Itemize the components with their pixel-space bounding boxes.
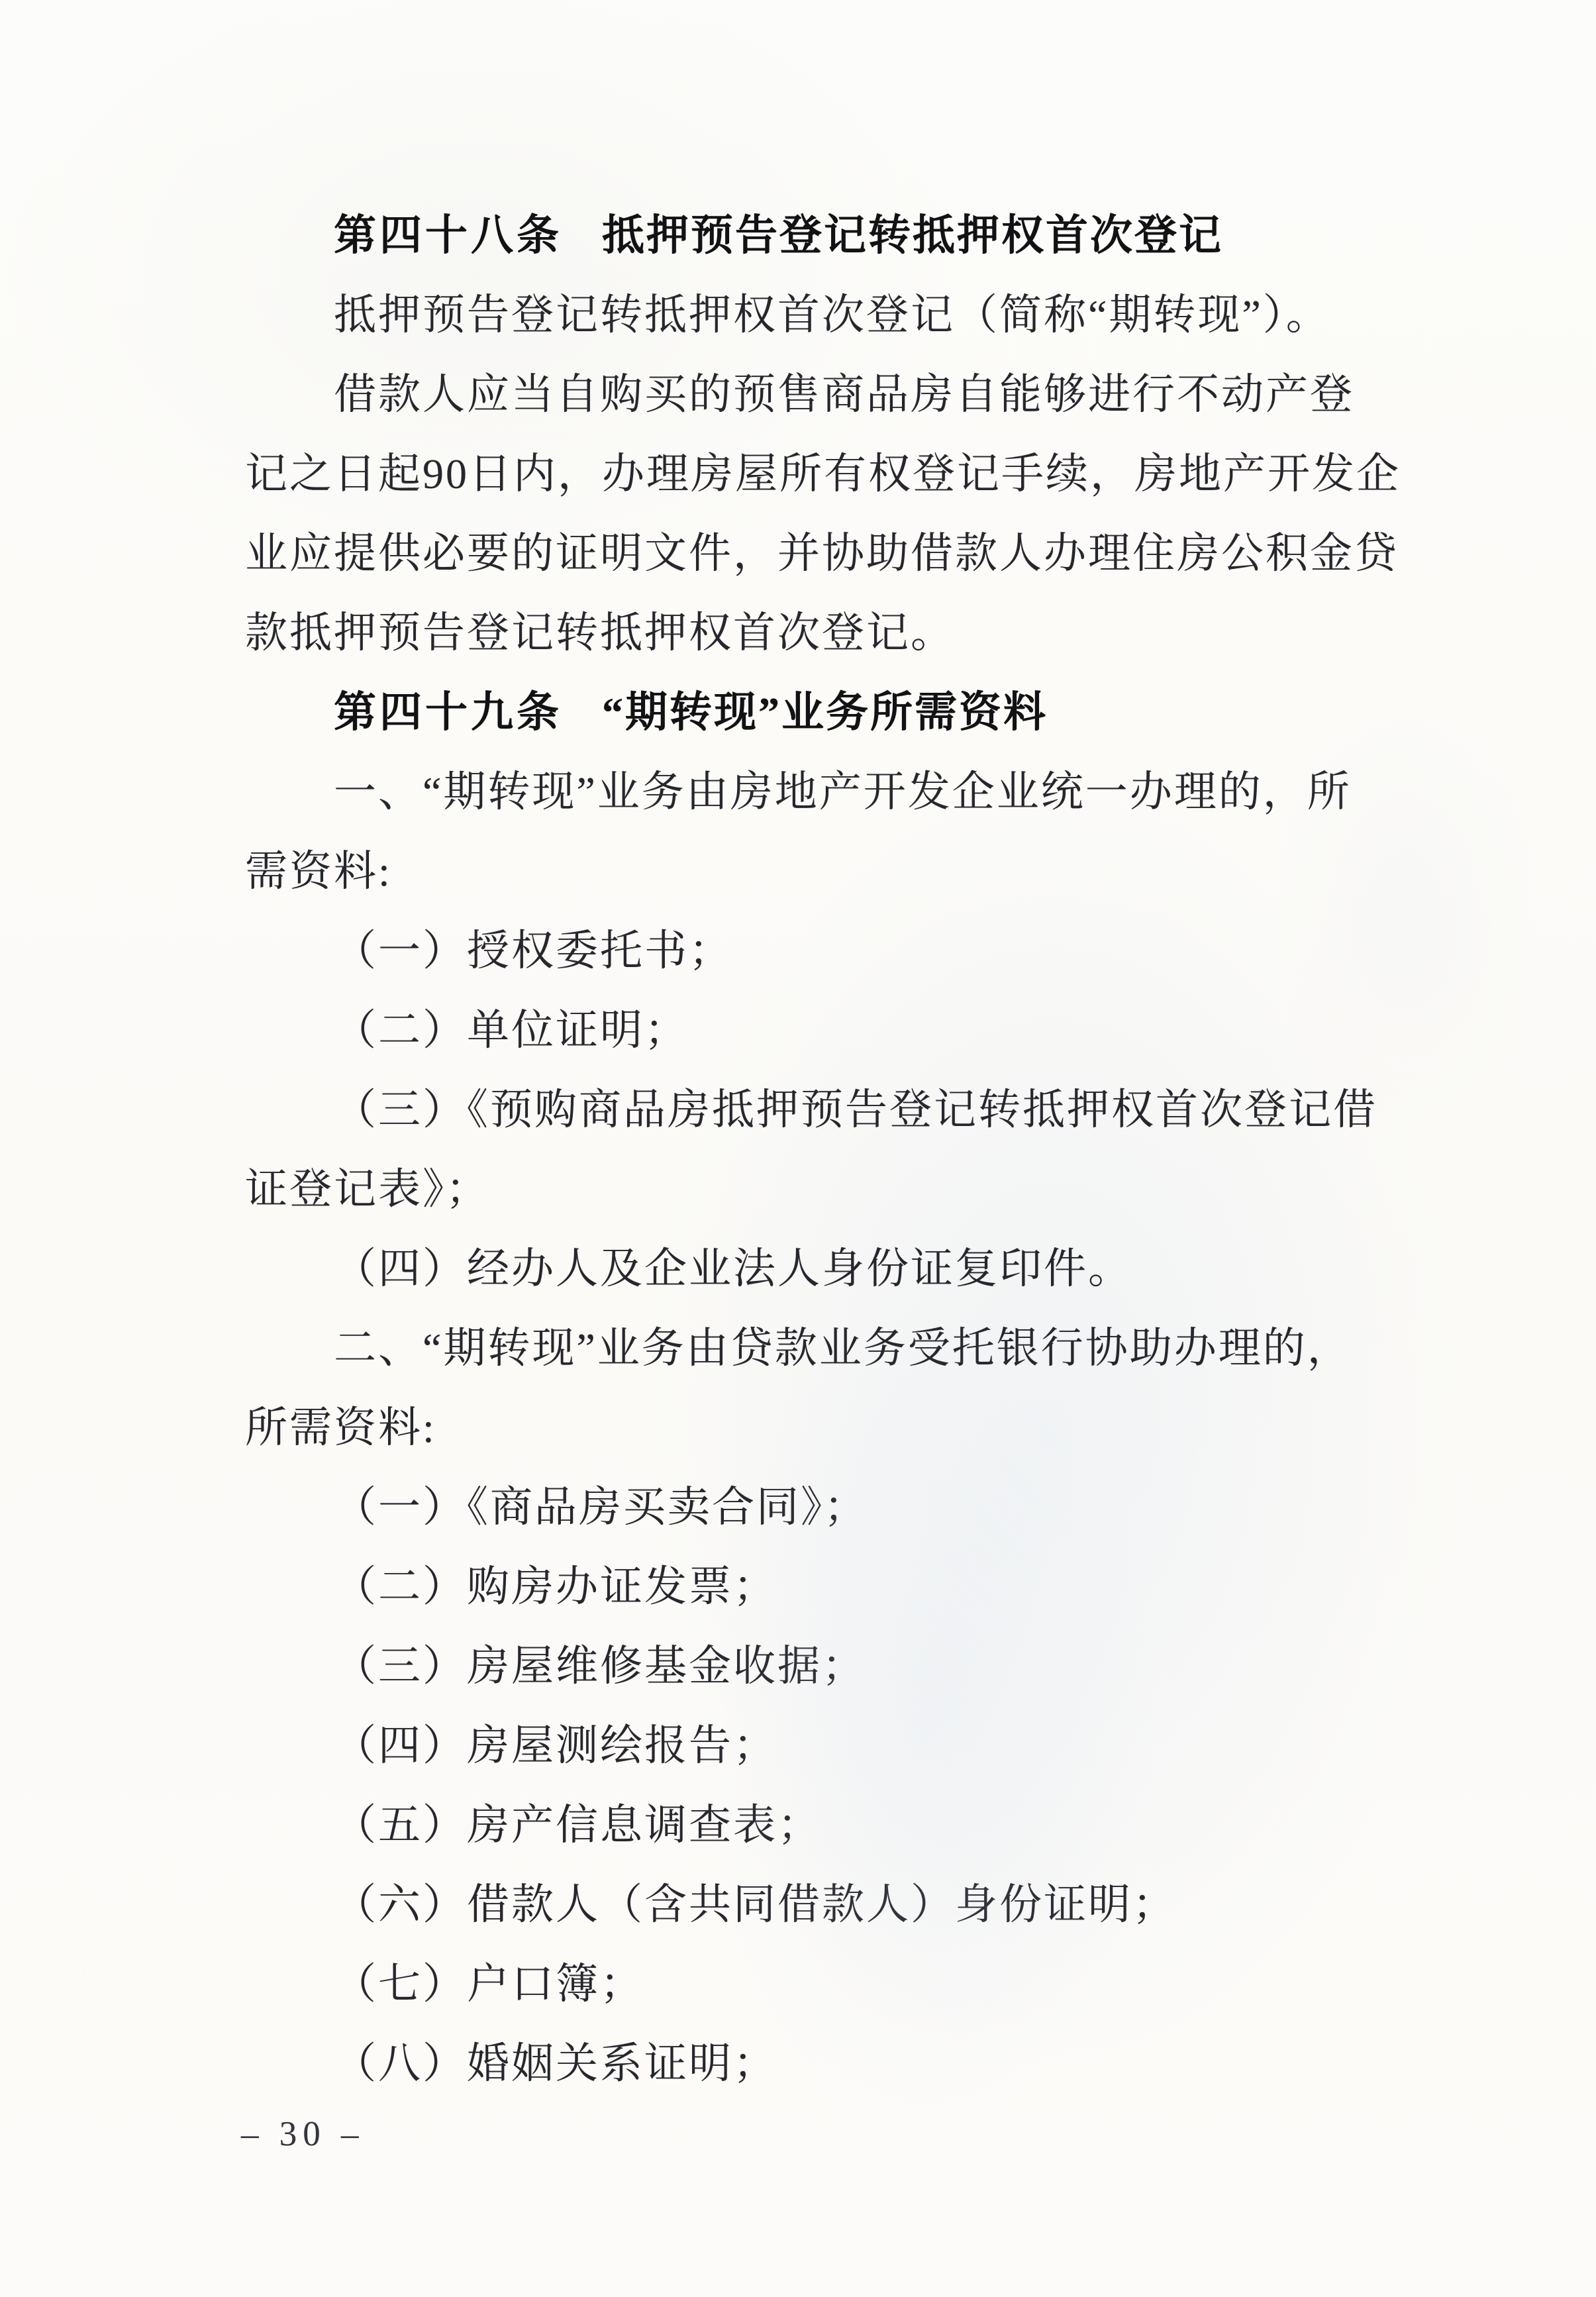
line-text: （三）房屋维修基金收据； [334,1643,866,1690]
list-item: （一）《商品房买卖合同》； [245,1468,1388,1547]
line-text: （七）户口簿； [334,1961,644,2008]
text-line: 所需资料: [245,1388,1388,1468]
text-line: 款抵押预告登记转抵押权首次登记。 [245,593,1388,673]
list-item: （三）房屋维修基金收据； [245,1627,1388,1706]
line-text: （二）购房办证发票； [334,1563,777,1610]
line-text: 款抵押预告登记转抵押权首次登记。 [245,609,955,656]
line-text: （一）《商品房买卖合同》； [334,1484,868,1531]
text-line: 一、“期转现”业务由房地产开发企业统一办理的，所 [245,752,1388,832]
list-item: （二）购房办证发票； [245,1547,1388,1627]
text-line: 需资料: [245,832,1388,911]
line-text: （八）婚姻关系证明； [334,2040,777,2087]
text-line: 记之日起90日内，办理房屋所有权登记手续，房地产开发企 [245,434,1388,514]
line-text: 记之日起90日内，办理房屋所有权登记手续，房地产开发企 [245,450,1401,497]
line-text: 抵押预告登记转抵押权首次登记（简称“期转现”）。 [334,291,1330,338]
article-49-heading: 第四十九条“期转现”业务所需资料 [245,673,1388,752]
text-line: 业应提供必要的证明文件，并协助借款人办理住房公积金贷 [245,514,1388,593]
article-48-title: 抵押预告登记转抵押权首次登记 [602,212,1223,259]
line-text: 二、“期转现”业务由贷款业务受托银行协助办理的， [334,1325,1352,1372]
line-text: 借款人应当自购买的预售商品房自能够进行不动产登 [334,371,1354,418]
line-text: 所需资料: [245,1404,436,1451]
document-page: 第四十八条抵押预告登记转抵押权首次登记 抵押预告登记转抵押权首次登记（简称“期转… [0,0,1596,2297]
article-48-heading: 第四十八条抵押预告登记转抵押权首次登记 [245,196,1388,276]
article-48-number: 第四十八条 [334,212,562,259]
text-line: 抵押预告登记转抵押权首次登记（简称“期转现”）。 [245,276,1388,355]
line-text: （三）《预购商品房抵押预告登记转抵押权首次登记借 [334,1086,1377,1133]
line-text: 需资料: [245,848,392,895]
line-text: 一、“期转现”业务由房地产开发企业统一办理的，所 [334,768,1352,815]
list-item: （三）《预购商品房抵押预告登记转抵押权首次登记借 [245,1070,1388,1150]
page-number: – 30 – [241,2110,365,2158]
list-item: （四）经办人及企业法人身份证复印件。 [245,1229,1388,1309]
list-item: （八）婚姻关系证明； [245,2024,1388,2104]
list-item: （二）单位证明； [245,991,1388,1070]
text-block: 第四十八条抵押预告登记转抵押权首次登记 抵押预告登记转抵押权首次登记（简称“期转… [245,196,1388,2104]
line-text: 业应提供必要的证明文件，并协助借款人办理住房公积金贷 [245,530,1399,577]
list-item: （一）授权委托书； [245,911,1388,991]
article-49-title: “期转现”业务所需资料 [602,689,1048,736]
list-item: （四）房屋测绘报告； [245,1706,1388,1786]
line-text: （六）借款人（含共同借款人）身份证明； [334,1881,1177,1928]
line-text: （四）房屋测绘报告； [334,1722,777,1769]
text-line: 二、“期转现”业务由贷款业务受托银行协助办理的， [245,1309,1388,1388]
list-item: （五）房产信息调查表； [245,1786,1388,1865]
line-text: （四）经办人及企业法人身份证复印件。 [334,1245,1132,1292]
line-text: （一）授权委托书； [334,927,733,974]
article-49-number: 第四十九条 [334,689,562,736]
text-line: 借款人应当自购买的预售商品房自能够进行不动产登 [245,355,1388,434]
list-item: （六）借款人（含共同借款人）身份证明； [245,1865,1388,1945]
text-line: 证登记表》； [245,1150,1388,1229]
line-text: 证登记表》； [245,1166,490,1213]
line-text: （二）单位证明； [334,1007,689,1054]
list-item: （七）户口簿； [245,1945,1388,2024]
line-text: （五）房产信息调查表； [334,1802,822,1849]
